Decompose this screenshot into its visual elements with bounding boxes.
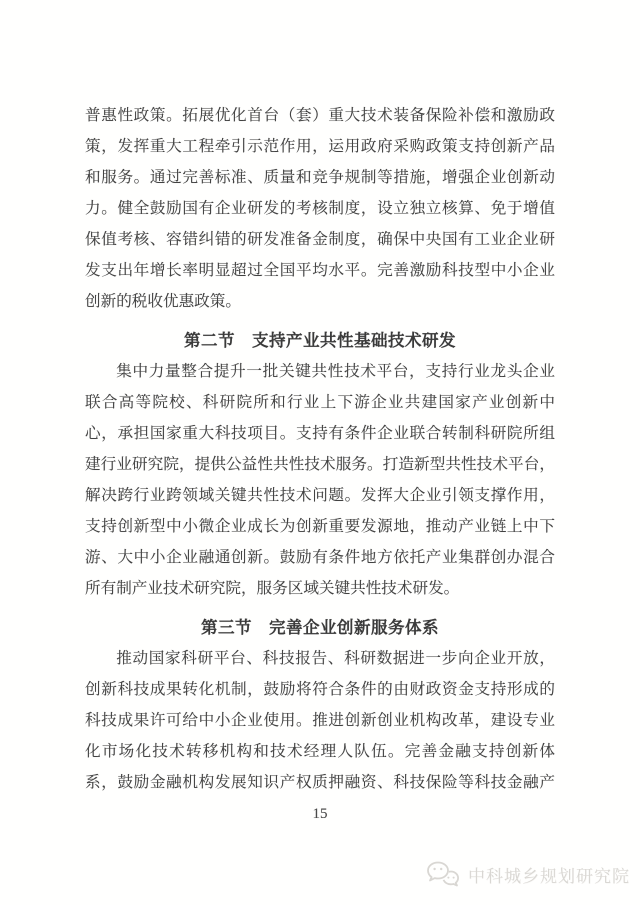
body-text-line: 游、大中小企业融通创新。鼓励有条件地方依托产业集群创办混合 <box>85 542 555 573</box>
paragraph-service-system: 推动国家科研平台、科技报告、科研数据进一步向企业开放，创新科技成果转化机制，鼓励… <box>85 643 555 798</box>
body-text-line: 发支出年增长率明显超过全国平均水平。完善激励科技型中小企业 <box>85 255 555 286</box>
body-text-line: 策，发挥重大工程牵引示范作用，运用政府采购政策支持创新产品 <box>85 131 555 162</box>
body-text-line: 支持创新型中小微企业成长为创新重要发源地，推动产业链上中下 <box>85 511 555 542</box>
body-text-line: 普惠性政策。拓展优化首台（套）重大技术装备保险补偿和激励政 <box>85 100 555 131</box>
body-text-line: 心，承担国家重大科技项目。支持有条件企业联合转制科研院所组 <box>85 418 555 449</box>
paragraph-continuation: 普惠性政策。拓展优化首台（套）重大技术装备保险补偿和激励政策，发挥重大工程牵引示… <box>85 100 555 317</box>
body-text-line: 解决跨行业跨领域关键共性技术问题。发挥大企业引领支撑作用， <box>85 480 555 511</box>
section-heading-second: 第二节 支持产业共性基础技术研发 <box>85 325 555 356</box>
body-text-line: 和服务。通过完善标准、质量和竞争规制等措施，增强企业创新动 <box>85 162 555 193</box>
watermark: 中科城乡规划研究院 <box>425 856 630 892</box>
body-text-line: 推动国家科研平台、科技报告、科研数据进一步向企业开放， <box>85 643 555 674</box>
document-body: 普惠性政策。拓展优化首台（套）重大技术装备保险补偿和激励政策，发挥重大工程牵引示… <box>85 100 555 798</box>
body-text-line: 创新科技成果转化机制，鼓励将符合条件的由财政资金支持形成的 <box>85 674 555 705</box>
body-text-line: 保值考核、容错纠错的研发准备金制度，确保中央国有工业企业研 <box>85 224 555 255</box>
document-page: 普惠性政策。拓展优化首台（套）重大技术装备保险补偿和激励政策，发挥重大工程牵引示… <box>0 0 640 905</box>
body-text-line: 建行业研究院，提供公益性共性技术服务。打造新型共性技术平台， <box>85 449 555 480</box>
body-text-line: 力。健全鼓励国有企业研发的考核制度，设立独立核算、免于增值 <box>85 193 555 224</box>
page-number: 15 <box>0 806 640 823</box>
section-heading-third: 第三节 完善企业创新服务体系 <box>85 612 555 643</box>
body-text-line: 化市场化技术转移机构和技术经理人队伍。完善金融支持创新体 <box>85 736 555 767</box>
watermark-label: 中科城乡规划研究院 <box>468 862 630 887</box>
body-text-line: 集中力量整合提升一批关键共性技术平台，支持行业龙头企业 <box>85 356 555 387</box>
body-text-line: 联合高等院校、科研院所和行业上下游企业共建国家产业创新中 <box>85 387 555 418</box>
body-text-line: 系，鼓励金融机构发展知识产权质押融资、科技保险等科技金融产 <box>85 767 555 798</box>
wechat-logo-icon <box>425 859 461 889</box>
paragraph-common-tech: 集中力量整合提升一批关键共性技术平台，支持行业龙头企业联合高等院校、科研院所和行… <box>85 356 555 604</box>
body-text-line: 所有制产业技术研究院，服务区域关键共性技术研发。 <box>85 573 555 604</box>
body-text-line: 科技成果许可给中小企业使用。推进创新创业机构改革，建设专业 <box>85 705 555 736</box>
body-text-line: 创新的税收优惠政策。 <box>85 286 555 317</box>
